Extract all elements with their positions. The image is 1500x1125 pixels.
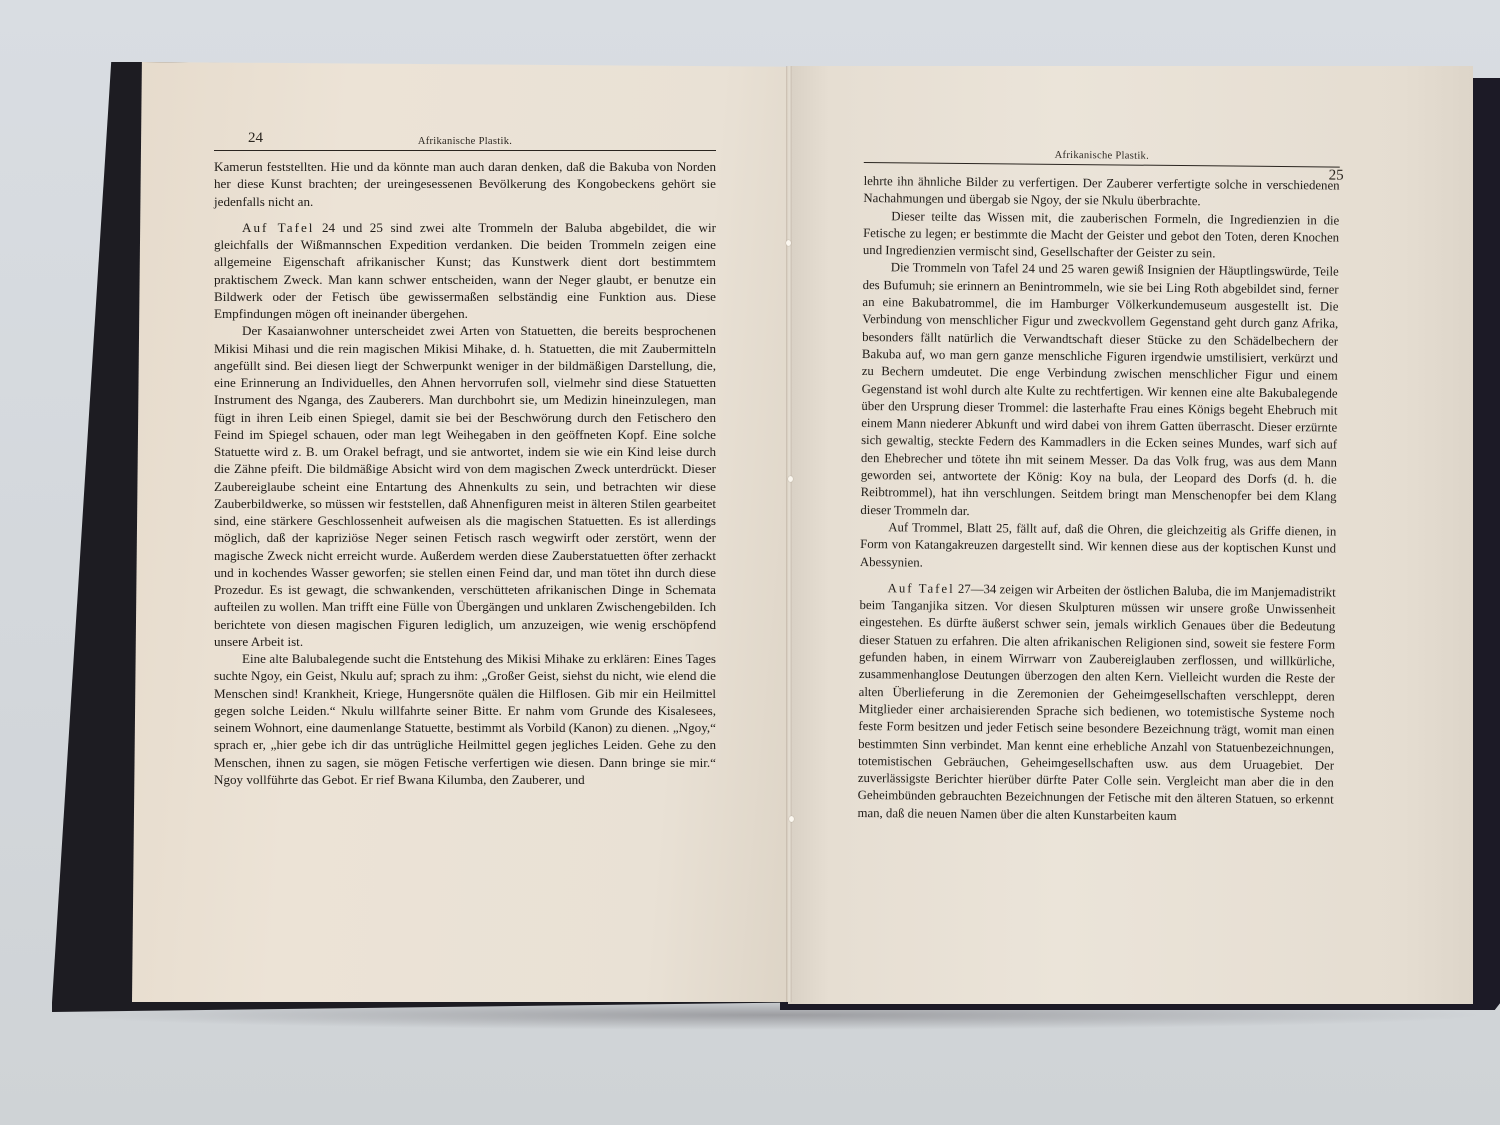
paragraph: Auf Tafel 27—34 zeigen wir Arbeiten der … bbox=[857, 580, 1335, 827]
paragraph: Eine alte Balubalegende sucht die Entste… bbox=[214, 650, 716, 788]
page-body: Kamerun feststellten. Hie und da könnte … bbox=[214, 158, 716, 788]
right-page-text-block: Afrikanische Plastik. 25 lehrte ihn ähnl… bbox=[857, 140, 1340, 827]
spaced-lead: Auf Tafel bbox=[888, 581, 955, 596]
running-head: Afrikanische Plastik. 25 bbox=[864, 140, 1340, 168]
paragraph: Auf Trommel, Blatt 25, fällt auf, daß di… bbox=[860, 519, 1336, 575]
paragraph: lehrte ihn ähnliche Bilder zu verfertige… bbox=[863, 173, 1339, 212]
paragraph: Die Trommeln von Tafel 24 und 25 waren g… bbox=[860, 259, 1338, 523]
paragraph: Auf Tafel 24 und 25 sind zwei alte Tromm… bbox=[214, 219, 716, 323]
binding-hole bbox=[788, 476, 793, 482]
binding-hole bbox=[786, 240, 791, 246]
running-head: 24 Afrikanische Plastik. bbox=[214, 128, 716, 151]
page-number: 25 bbox=[1329, 167, 1344, 184]
paragraph: Kamerun feststellten. Hie und da könnte … bbox=[214, 158, 716, 210]
page-body: lehrte ihn ähnliche Bilder zu verfertige… bbox=[857, 173, 1339, 827]
paragraph: Der Kasaianwohner unterscheidet zwei Art… bbox=[214, 322, 716, 650]
book-gutter bbox=[786, 66, 792, 1002]
running-head-title: Afrikanische Plastik. bbox=[214, 136, 716, 147]
left-page-text-block: 24 Afrikanische Plastik. Kamerun festste… bbox=[214, 128, 716, 788]
running-head-title: Afrikanische Plastik. bbox=[864, 148, 1340, 164]
binding-hole bbox=[789, 816, 794, 822]
paragraph: Dieser teilte das Wissen mit, die zauber… bbox=[863, 208, 1339, 264]
spaced-lead: Auf Tafel bbox=[242, 220, 314, 235]
